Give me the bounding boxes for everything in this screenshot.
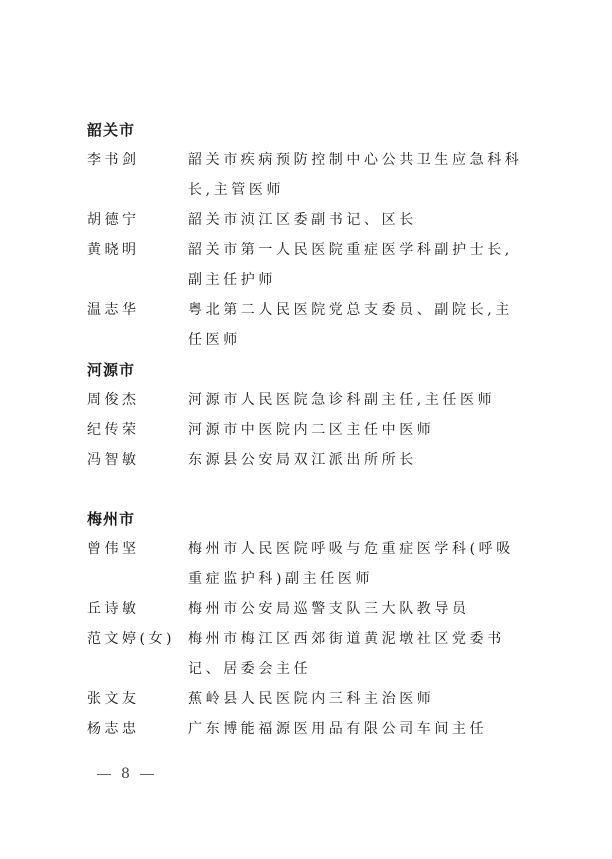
person-title: 韶关市疾病预防控制中心公共卫生应急科科长,主管医师 — [188, 145, 528, 205]
document-page: 韶关市 李书剑 韶关市疾病预防控制中心公共卫生应急科科长,主管医师 胡德宁 韶关… — [0, 0, 612, 859]
person-name: 冯智敏 — [87, 445, 188, 475]
list-item: 范文婷(女) 梅州市梅江区西郊街道黄泥墩社区党委书记、居委会主任 — [87, 624, 537, 684]
section-heyuan: 河源市 周俊杰 河源市人民医院急诊科副主任,主任医师 纪传荣 河源市中医院内二区… — [87, 355, 537, 475]
person-title: 东源县公安局双江派出所所长 — [188, 445, 528, 475]
list-item: 温志华 粤北第二人民医院党总支委员、副院长,主任医师 — [87, 295, 537, 355]
list-item: 黄晓明 韶关市第一人民医院重症医学科副护士长,副主任护师 — [87, 235, 537, 295]
list-item: 冯智敏 东源县公安局双江派出所所长 — [87, 445, 537, 475]
list-item: 李书剑 韶关市疾病预防控制中心公共卫生应急科科长,主管医师 — [87, 145, 537, 205]
person-name: 曾伟坚 — [87, 534, 188, 594]
person-title: 河源市人民医院急诊科副主任,主任医师 — [188, 385, 528, 415]
list-item: 丘诗敏 梅州市公安局巡警支队三大队教导员 — [87, 594, 537, 624]
list-item: 杨志忠 广东博能福源医用品有限公司车间主任 — [87, 714, 537, 744]
person-name: 黄晓明 — [87, 235, 188, 295]
person-name: 杨志忠 — [87, 714, 188, 744]
page-footer: 8 — [97, 766, 154, 782]
section-heading: 河源市 — [87, 355, 537, 385]
section-heading: 韶关市 — [87, 115, 537, 145]
person-title: 梅州市人民医院呼吸与危重症医学科(呼吸重症监护科)副主任医师 — [188, 534, 528, 594]
person-name: 丘诗敏 — [87, 594, 188, 624]
person-title: 韶关市第一人民医院重症医学科副护士长,副主任护师 — [188, 235, 528, 295]
person-title: 韶关市浈江区委副书记、区长 — [188, 205, 528, 235]
person-name: 李书剑 — [87, 145, 188, 205]
list-item: 纪传荣 河源市中医院内二区主任中医师 — [87, 415, 537, 445]
person-title: 粤北第二人民医院党总支委员、副院长,主任医师 — [188, 295, 528, 355]
person-name: 张文友 — [87, 684, 188, 714]
list-item: 胡德宁 韶关市浈江区委副书记、区长 — [87, 205, 537, 235]
person-name: 胡德宁 — [87, 205, 188, 235]
list-item: 周俊杰 河源市人民医院急诊科副主任,主任医师 — [87, 385, 537, 415]
list-item: 张文友 蕉岭县人民医院内三科主治医师 — [87, 684, 537, 714]
person-title: 广东博能福源医用品有限公司车间主任 — [188, 714, 528, 744]
dash-left — [97, 774, 111, 775]
person-title: 蕉岭县人民医院内三科主治医师 — [188, 684, 528, 714]
dash-right — [140, 774, 154, 775]
person-name: 纪传荣 — [87, 415, 188, 445]
person-title: 梅州市公安局巡警支队三大队教导员 — [188, 594, 528, 624]
person-title: 梅州市梅江区西郊街道黄泥墩社区党委书记、居委会主任 — [188, 624, 528, 684]
section-shaoguan: 韶关市 李书剑 韶关市疾病预防控制中心公共卫生应急科科长,主管医师 胡德宁 韶关… — [87, 115, 537, 355]
person-name: 周俊杰 — [87, 385, 188, 415]
section-meizhou: 梅州市 曾伟坚 梅州市人民医院呼吸与危重症医学科(呼吸重症监护科)副主任医师 丘… — [87, 504, 537, 744]
section-heading: 梅州市 — [87, 504, 537, 534]
person-name: 温志华 — [87, 295, 188, 355]
list-item: 曾伟坚 梅州市人民医院呼吸与危重症医学科(呼吸重症监护科)副主任医师 — [87, 534, 537, 594]
person-title: 河源市中医院内二区主任中医师 — [188, 415, 528, 445]
page-number: 8 — [121, 766, 130, 782]
person-name: 范文婷(女) — [87, 624, 188, 684]
